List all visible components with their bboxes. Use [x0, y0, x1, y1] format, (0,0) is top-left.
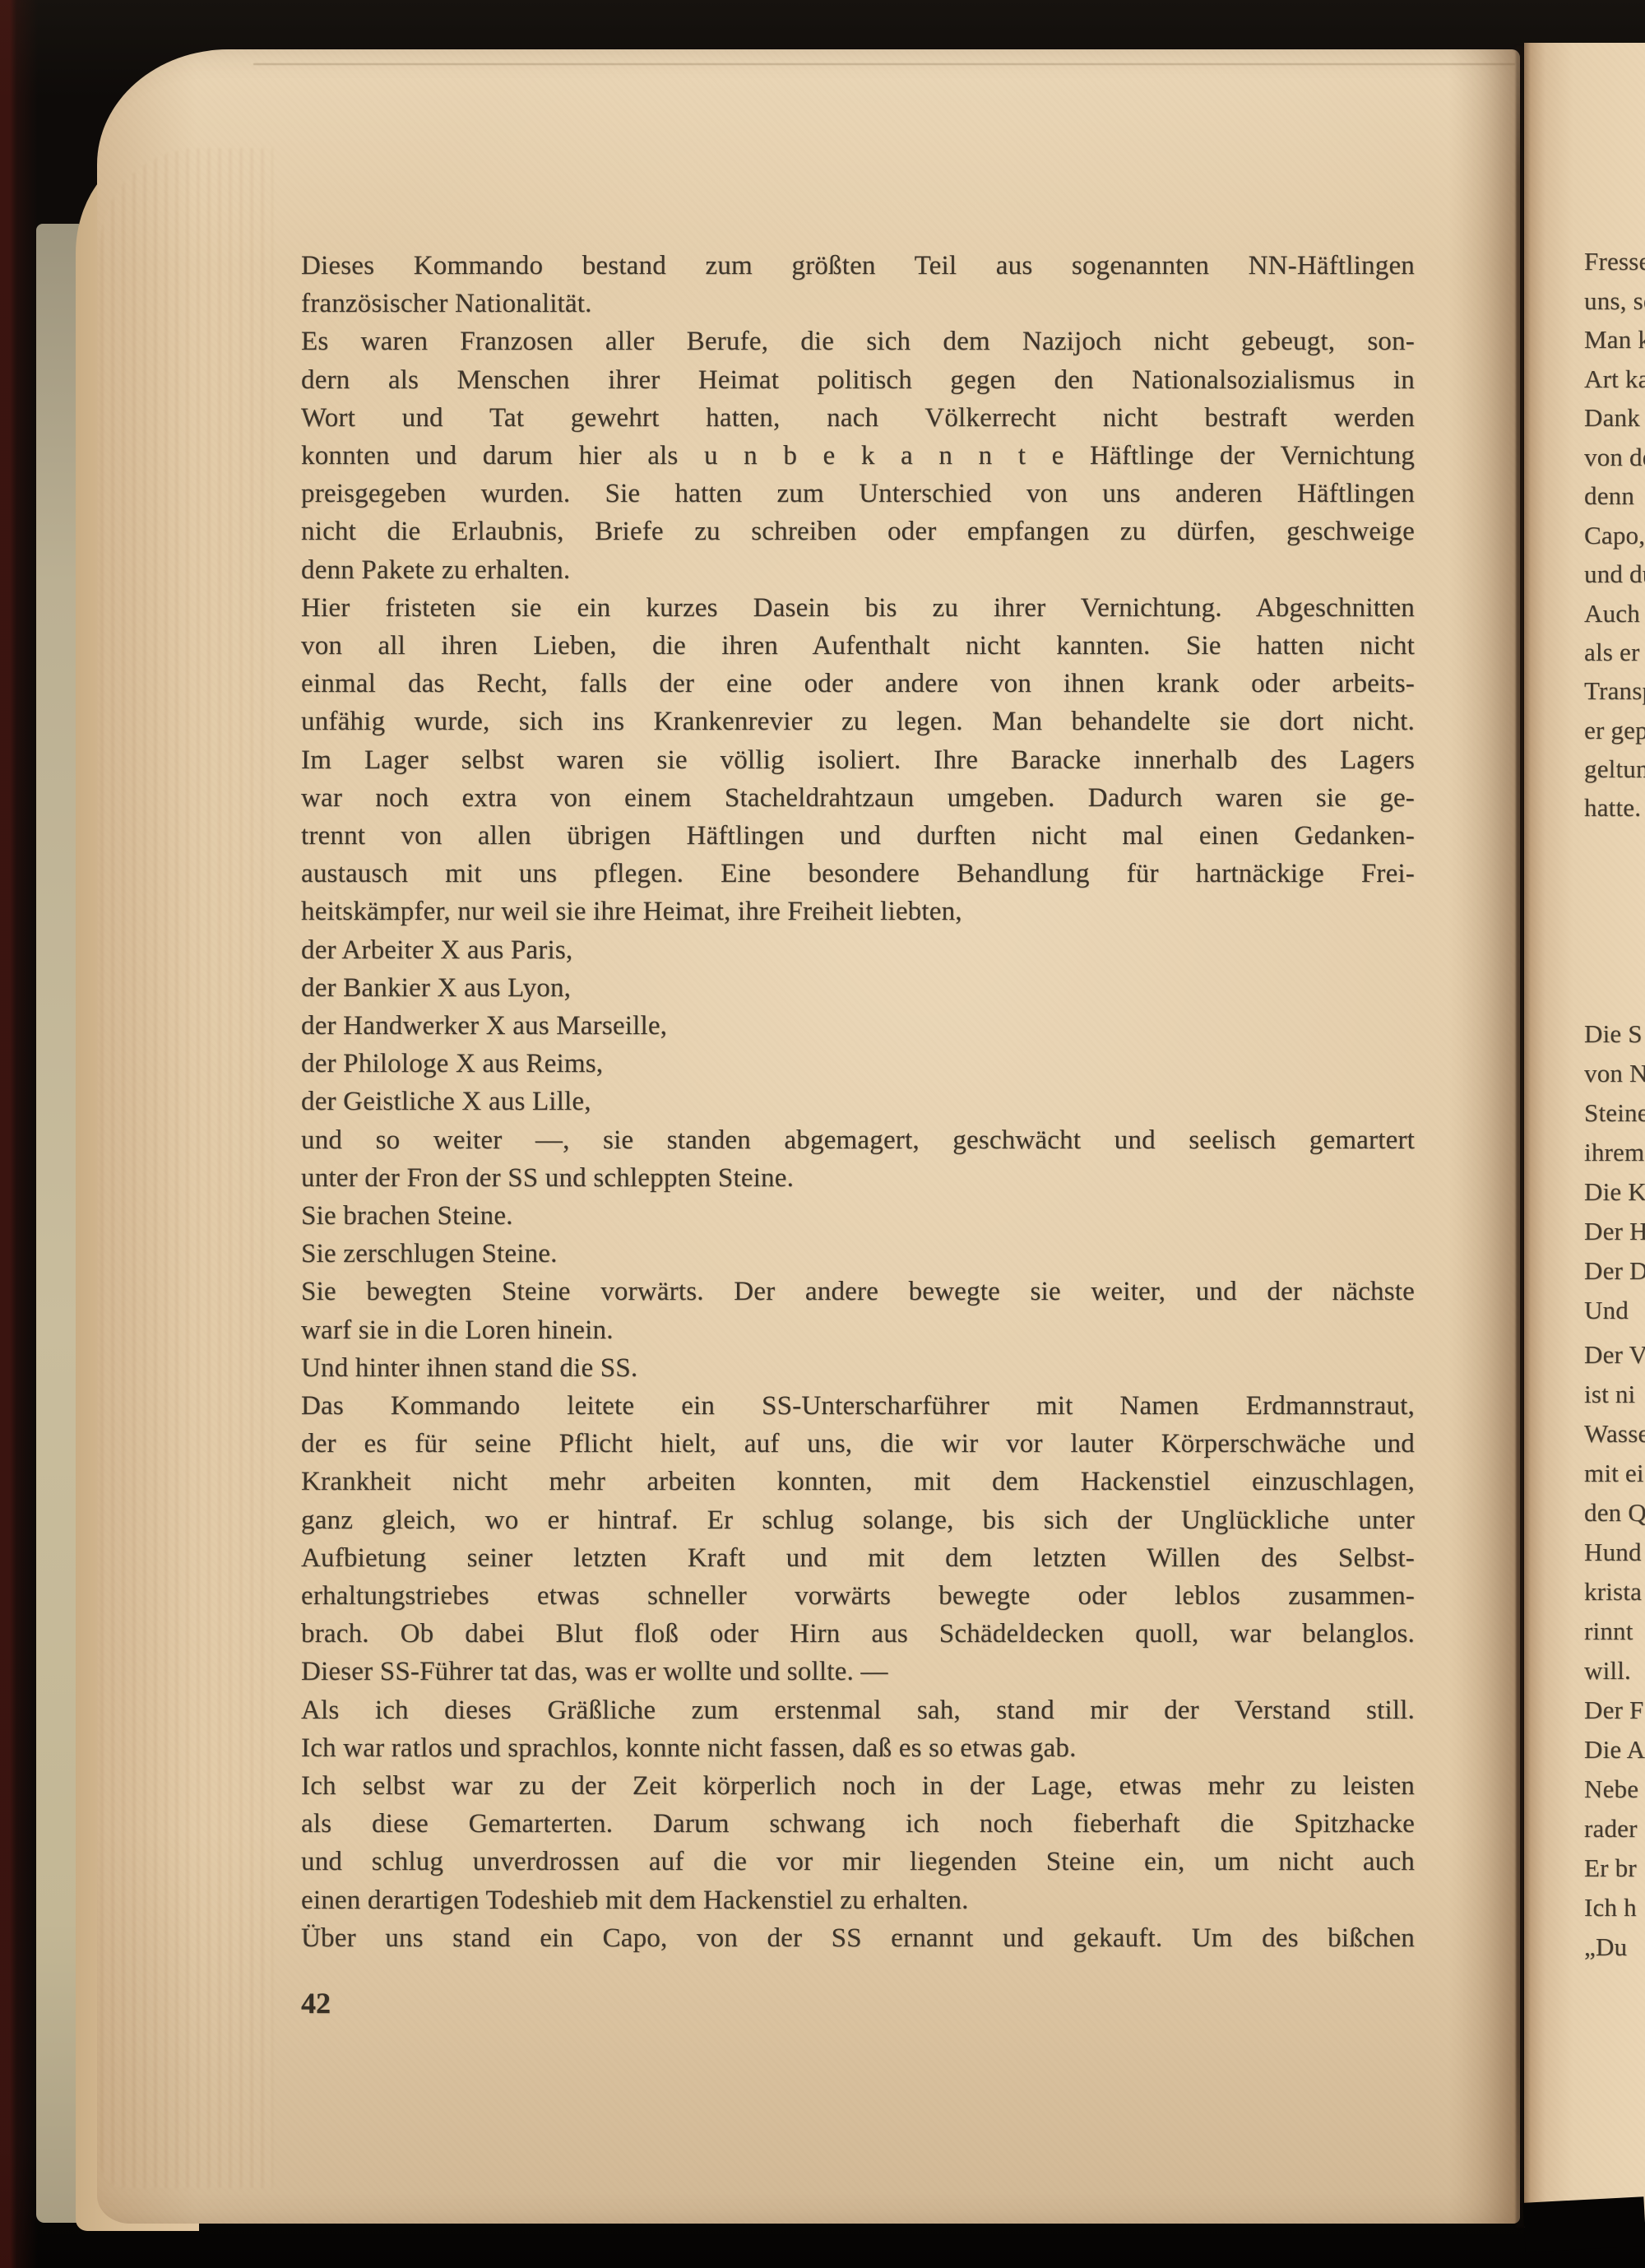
text-fragment: will. — [1584, 1654, 1631, 1687]
text-fragment: Fresse — [1584, 245, 1645, 278]
right-page-text: Fresseuns, seMan kArt kaDankvon dedennCa… — [1584, 0, 1645, 2268]
text-fragment: ihrem — [1584, 1136, 1644, 1169]
text-fragment: denn — [1584, 480, 1634, 513]
text-line: der Handwerker X aus Marseille, — [301, 1007, 1415, 1045]
text-fragment: Hund — [1584, 1536, 1642, 1569]
text-fragment: von N — [1584, 1057, 1645, 1090]
text-line: Es waren Franzosen aller Berufe, die sic… — [301, 322, 1415, 360]
text-line: Und hinter ihnen stand die SS. — [301, 1349, 1415, 1387]
text-fragment: rinnt — [1584, 1615, 1633, 1648]
text-fragment: und du — [1584, 558, 1645, 591]
text-line: Krankheit nicht mehr arbeiten konnten, m… — [301, 1463, 1415, 1500]
text-fragment: Die K — [1584, 1176, 1645, 1208]
text-fragment: Der H — [1584, 1215, 1645, 1248]
text-line: der Bankier X aus Lyon, — [301, 969, 1415, 1007]
text-line: der Philologe X aus Reims, — [301, 1045, 1415, 1083]
text-fragment: Der F — [1584, 1694, 1643, 1727]
text-fragment: Nebe — [1584, 1773, 1638, 1806]
text-line: Sie bewegten Steine vorwärts. Der andere… — [301, 1273, 1415, 1310]
text-line: Im Lager selbst waren sie völlig isolier… — [301, 741, 1415, 779]
text-line: der Arbeiter X aus Paris, — [301, 931, 1415, 969]
text-fragment: Der V — [1584, 1338, 1645, 1371]
text-fragment: geltun — [1584, 753, 1645, 786]
text-line: preisgegeben wurden. Sie hatten zum Unte… — [301, 475, 1415, 513]
text-line: Hier fristeten sie ein kurzes Dasein bis… — [301, 589, 1415, 627]
text-fragment: den Q — [1584, 1496, 1645, 1529]
text-fragment: Der D — [1584, 1255, 1645, 1287]
photo-background: Dieses Kommando bestand zum größten Teil… — [0, 0, 1645, 2268]
text-line: unfähig wurde, sich ins Krankenrevier zu… — [301, 703, 1415, 740]
text-line: französischer Nationalität. — [301, 285, 1415, 322]
text-line: Ich war ratlos und sprachlos, konnte nic… — [301, 1729, 1415, 1767]
text-line: brach. Ob dabei Blut floß oder Hirn aus … — [301, 1615, 1415, 1653]
text-fragment: krista — [1584, 1575, 1642, 1608]
text-line: und so weiter —, sie standen abgemagert,… — [301, 1121, 1415, 1159]
text-fragment: mit ei — [1584, 1457, 1644, 1490]
text-fragment: uns, se — [1584, 285, 1645, 318]
text-fragment: als er — [1584, 636, 1639, 669]
cover-edge-strip — [36, 224, 79, 2223]
text-fragment: rader — [1584, 1812, 1638, 1845]
text-fragment: Dank — [1584, 401, 1640, 434]
text-fragment: ist ni — [1584, 1378, 1635, 1411]
text-line: nicht die Erlaubnis, Briefe zu schreiben… — [301, 513, 1415, 550]
text-line: der es für seine Pflicht hielt, auf uns,… — [301, 1425, 1415, 1463]
text-line: Wort und Tat gewehrt hatten, nach Völker… — [301, 399, 1415, 437]
text-line: einmal das Recht, falls der eine oder an… — [301, 665, 1415, 703]
text-fragment: von de — [1584, 441, 1645, 474]
text-fragment: Die A — [1584, 1733, 1645, 1766]
text-line: als diese Gemarterten. Darum schwang ich… — [301, 1805, 1415, 1843]
text-line: dern als Menschen ihrer Heimat politisch… — [301, 361, 1415, 399]
text-line: der Geistliche X aus Lille, — [301, 1083, 1415, 1120]
text-line: Als ich dieses Gräßliche zum erstenmal s… — [301, 1691, 1415, 1729]
text-line: unter der Fron der SS und schleppten Ste… — [301, 1159, 1415, 1197]
text-fragment: „Du — [1584, 1931, 1627, 1964]
text-line: austausch mit uns pflegen. Eine besonder… — [301, 855, 1415, 893]
text-line: trennt von allen übrigen Häftlingen und … — [301, 817, 1415, 855]
text-fragment: Die S — [1584, 1018, 1643, 1051]
text-fragment: Transp — [1584, 675, 1645, 707]
text-line: Das Kommando leitete ein SS-Unterscharfü… — [301, 1387, 1415, 1425]
text-line: und schlug unverdrossen auf die vor mir … — [301, 1843, 1415, 1881]
text-fragment: Er br — [1584, 1852, 1637, 1885]
text-line: Dieses Kommando bestand zum größten Teil… — [301, 247, 1415, 285]
text-line: Ich selbst war zu der Zeit körperlich no… — [301, 1767, 1415, 1805]
text-line: Über uns stand ein Capo, von der SS erna… — [301, 1919, 1415, 1957]
text-fragment: Auch — [1584, 597, 1640, 630]
text-line: erhaltungstriebes etwas schneller vorwär… — [301, 1577, 1415, 1615]
text-line: Aufbietung seiner letzten Kraft und mit … — [301, 1539, 1415, 1577]
text-line: Sie zerschlugen Steine. — [301, 1235, 1415, 1273]
text-line: ganz gleich, wo er hintraf. Er schlug so… — [301, 1501, 1415, 1539]
text-line: denn Pakete zu erhalten. — [301, 551, 1415, 589]
text-fragment: Ich h — [1584, 1891, 1637, 1924]
text-line: warf sie in die Loren hinein. — [301, 1311, 1415, 1349]
page-number: 42 — [301, 1984, 331, 2022]
text-line: konnten und darum hier als u n b e k a n… — [301, 437, 1415, 475]
text-fragment: Capo, — [1584, 519, 1645, 552]
text-line: heitskämpfer, nur weil sie ihre Heimat, … — [301, 893, 1415, 930]
text-line: Sie brachen Steine. — [301, 1197, 1415, 1235]
text-fragment: hatte. — [1584, 791, 1641, 824]
book-gutter-shadow — [1516, 46, 1524, 2228]
text-fragment: er gep — [1584, 714, 1645, 747]
text-fragment: Wasse — [1584, 1417, 1645, 1450]
text-fragment: Man k — [1584, 323, 1645, 356]
text-line: von all ihren Lieben, die ihren Aufentha… — [301, 627, 1415, 665]
page-curl-streaks — [100, 148, 273, 2188]
text-fragment: Und — [1584, 1294, 1629, 1327]
text-line: Dieser SS-Führer tat das, was er wollte … — [301, 1653, 1415, 1691]
text-line: war noch extra von einem Stacheldrahtzau… — [301, 779, 1415, 817]
text-line: einen derartigen Todeshieb mit dem Hacke… — [301, 1881, 1415, 1919]
text-fragment: Steine — [1584, 1097, 1645, 1129]
text-fragment: Art ka — [1584, 363, 1645, 396]
